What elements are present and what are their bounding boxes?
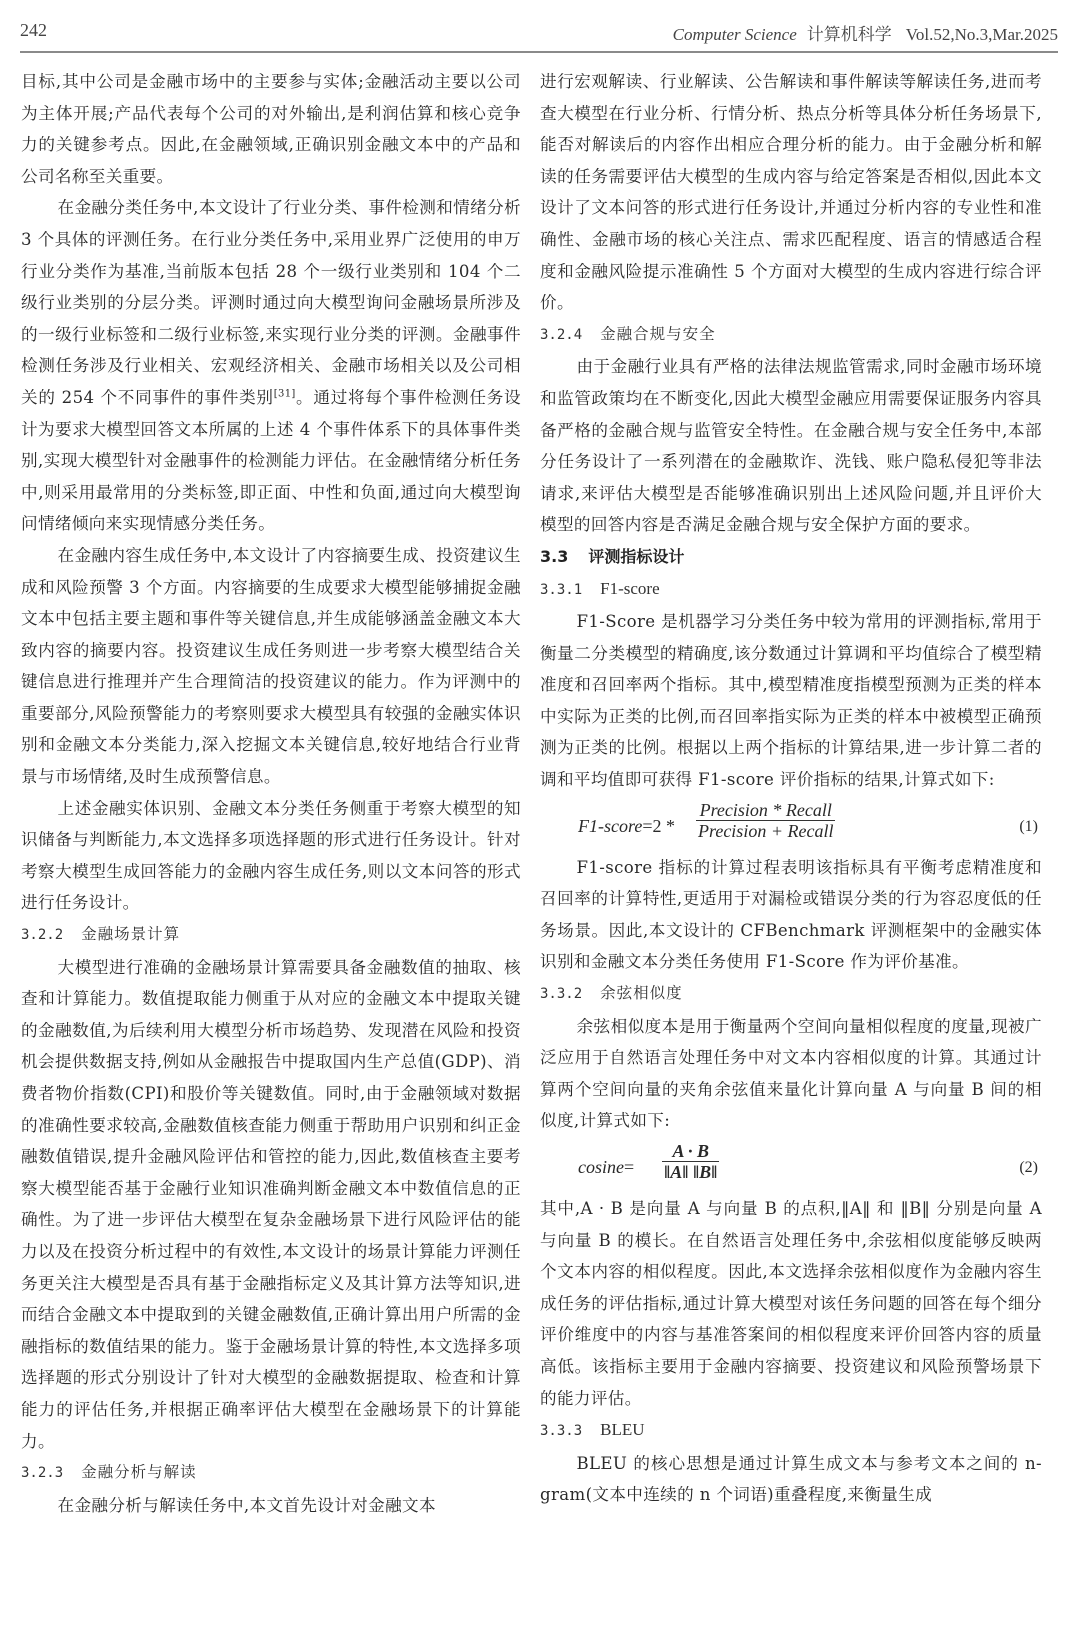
section-number: 3.3.1: [540, 582, 582, 598]
section-heading-3-2-4: 3.2.4金融合规与安全: [540, 319, 1042, 352]
denominator: ‖A‖ ‖B‖: [662, 1162, 719, 1182]
paragraph-text: 。通过将每个事件检测任务设计为要求大模型回答文本所属的上述 4 个事件体系下的具…: [21, 388, 521, 533]
paragraph: 由于金融行业具有严格的法律法规监管需求,同时金融市场环境和监管政策均在不断变化,…: [540, 351, 1042, 541]
section-heading-3-3-1: 3.3.1F1-score: [540, 573, 1042, 607]
paragraph: 其中,A · B 是向量 A 与向量 B 的点积,‖A‖ 和 ‖B‖ 分别是向量…: [540, 1193, 1042, 1414]
numerator: A · B: [670, 1141, 711, 1161]
paragraph: 在金融分类任务中,本文设计了行业分类、事件检测和情绪分析 3 个具体的评测任务。…: [21, 192, 521, 540]
equation-symbol: F1-score: [578, 816, 642, 836]
section-number: 3.2.4: [540, 327, 582, 343]
header-rule: [20, 51, 1058, 53]
equation-fraction: A · B ‖A‖ ‖B‖: [662, 1141, 719, 1182]
right-column: 进行宏观解读、行业解读、公告解读和事件解读等解读任务,进而考查大模型在行业分析、…: [540, 66, 1042, 1511]
citation: [31]: [274, 388, 296, 399]
equation-2: cosine= A · B ‖A‖ ‖B‖ (2): [540, 1139, 1042, 1189]
equation-operator: =: [624, 1157, 634, 1177]
paragraph: 大模型进行准确的金融场景计算需要具备金融数值的抽取、核查和计算能力。数值提取能力…: [21, 952, 521, 1458]
section-number: 3.2.2: [21, 927, 63, 943]
paragraph: 余弦相似度本是用于衡量两个空间向量相似程度的度量,现被广泛应用于自然语言处理任务…: [540, 1011, 1042, 1137]
page-number: 242: [20, 20, 47, 41]
paragraph: 上述金融实体识别、金融文本分类任务侧重于考察大模型的知识储备与判断能力,本文选择…: [21, 793, 521, 919]
section-title: 评测指标设计: [588, 547, 684, 566]
section-number: 3.3.2: [540, 986, 582, 1002]
paragraph: 在金融内容生成任务中,本文设计了内容摘要生成、投资建议生成和风险预警 3 个方面…: [21, 540, 521, 793]
journal-name-cn: 计算机科学: [807, 25, 892, 44]
equation-lhs: F1-score=2 *: [578, 811, 675, 843]
paragraph: BLEU 的核心思想是通过计算生成文本与参考文本之间的 n-gram(文本中连续…: [540, 1448, 1042, 1511]
journal-info: Computer Science计算机科学Vol.52,No.3,Mar.202…: [673, 20, 1058, 45]
equation-operator: =2 *: [642, 816, 675, 836]
section-title: 金融分析与解读: [81, 1463, 197, 1481]
section-heading-3-3-2: 3.3.2余弦相似度: [540, 978, 1042, 1011]
paragraph: 在金融分析与解读任务中,本文首先设计对金融文本: [21, 1490, 521, 1522]
section-number: 3.3.3: [540, 1423, 582, 1439]
equation-fraction: Precision * Recall Precision + Recall: [696, 800, 835, 841]
left-column: 目标,其中公司是金融市场中的主要参与实体;金融活动主要以公司为主体开展;产品代表…: [21, 66, 521, 1521]
paragraph-text: 在金融分类任务中,本文设计了行业分类、事件检测和情绪分析 3 个具体的评测任务。…: [21, 198, 521, 407]
section-heading-3-2-3: 3.2.3金融分析与解读: [21, 1457, 521, 1490]
section-title: 余弦相似度: [600, 984, 683, 1002]
section-heading-3-3: 3.3评测指标设计: [540, 541, 1042, 573]
paragraph: 进行宏观解读、行业解读、公告解读和事件解读等解读任务,进而考查大模型在行业分析、…: [540, 66, 1042, 319]
section-heading-3-2-2: 3.2.2金融场景计算: [21, 919, 521, 952]
numerator: Precision * Recall: [698, 800, 834, 820]
paragraph: F1-Score 是机器学习分类任务中较为常用的评测指标,常用于衡量二分类模型的…: [540, 606, 1042, 796]
section-title: 金融场景计算: [81, 925, 180, 943]
section-title: F1-score: [600, 579, 659, 598]
section-title: BLEU: [600, 1420, 644, 1439]
equation-number: (1): [1019, 811, 1038, 843]
journal-issue: Vol.52,No.3,Mar.2025: [906, 25, 1058, 44]
section-number: 3.3: [540, 547, 568, 566]
paragraph: F1-score 指标的计算过程表明该指标具有平衡考虑精准度和召回率的计算特性,…: [540, 852, 1042, 978]
section-number: 3.2.3: [21, 1465, 63, 1481]
equation-1: F1-score=2 * Precision * Recall Precisio…: [540, 798, 1042, 848]
section-title: 金融合规与安全: [600, 325, 716, 343]
section-heading-3-3-3: 3.3.3BLEU: [540, 1414, 1042, 1448]
denominator: Precision + Recall: [696, 821, 835, 841]
paragraph: 目标,其中公司是金融市场中的主要参与实体;金融活动主要以公司为主体开展;产品代表…: [21, 66, 521, 192]
equation-symbol: cosine: [578, 1157, 624, 1177]
equation-number: (2): [1019, 1152, 1038, 1184]
equation-lhs: cosine=: [578, 1152, 634, 1184]
journal-name-en: Computer Science: [673, 25, 797, 44]
running-header: 242 Computer Science计算机科学Vol.52,No.3,Mar…: [20, 16, 1058, 50]
